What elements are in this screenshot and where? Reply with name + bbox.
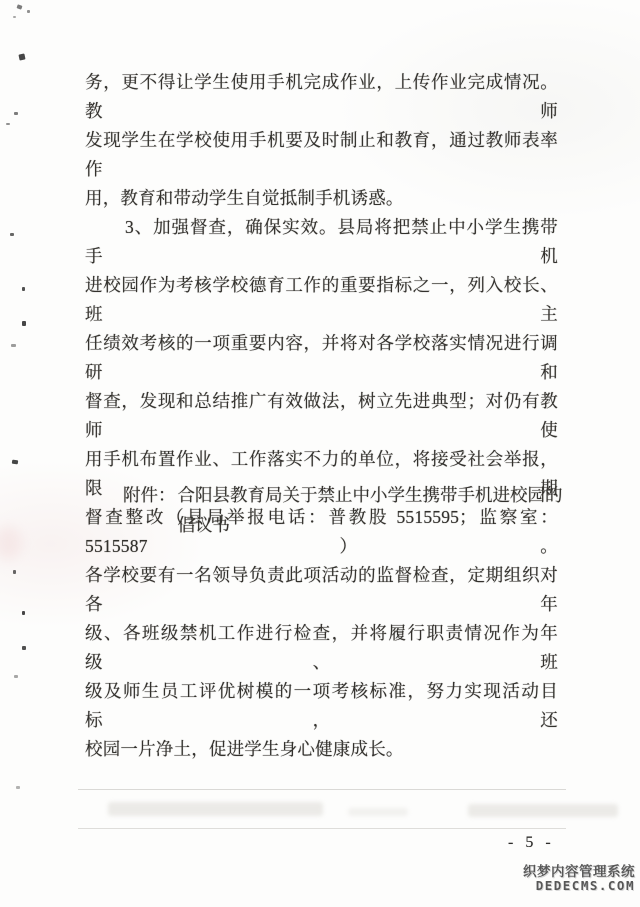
text-line: 务，更不得让学生使用手机完成作业，上传作业完成情况。教师 [85, 68, 558, 126]
body-text: 务，更不得让学生使用手机完成作业，上传作业完成情况。教师 发现学生在学校使用手机… [85, 68, 558, 764]
text-line: 3、加强督查，确保实效。县局将把禁止中小学生携带手机 [85, 213, 558, 271]
scanned-document-page: 务，更不得让学生使用手机完成作业，上传作业完成情况。教师 发现学生在学校使用手机… [0, 0, 640, 907]
text-line: 用，教育和带动学生自觉抵制手机诱惑。 [85, 184, 558, 213]
attachment-title-line2: 倡议书 [178, 515, 231, 535]
scan-speck [13, 570, 16, 574]
bleedthrough-ghost-band [78, 789, 566, 829]
scan-speck [18, 53, 25, 60]
attachment-title-line1: 合阳县教育局关于禁止中小学生携带手机进校园的 [178, 485, 563, 505]
scan-speck [22, 321, 26, 326]
ghost-smudge [348, 808, 408, 816]
ghost-smudge [468, 804, 618, 817]
text-line: 进校园作为考核学校德育工作的重要指标之一，列入校长、班主 [85, 271, 558, 329]
scan-speck [10, 233, 14, 236]
attachment-title: 合阳县教育局关于禁止中小学生携带手机进校园的 倡议书 [178, 480, 569, 540]
text-line: 督查，发现和总结推广有效做法，树立先进典型；对仍有教师使 [85, 387, 558, 445]
text-line: 级、各班级禁机工作进行检查，并将履行职责情况作为年级、班 [85, 619, 558, 677]
scan-speck [11, 344, 16, 347]
scan-speck [16, 4, 22, 9]
scan-speck [13, 16, 16, 18]
text-line: 校园一片净土，促进学生身心健康成长。 [85, 735, 558, 764]
scan-speck [14, 675, 18, 678]
cms-watermark: 织梦内容管理系统 DEDECMS.COM [485, 865, 635, 893]
scan-speck [27, 10, 30, 13]
scan-speck [22, 611, 25, 615]
scan-speck [22, 646, 26, 650]
ghost-smudge [108, 802, 323, 816]
text-line: 各学校要有一名领导负责此项活动的监督检查，定期组织对各年 [85, 561, 558, 619]
scan-speck [6, 123, 10, 125]
attachment-label: 附件： [123, 480, 176, 510]
text-line: 任绩效考核的一项重要内容，并将对各学校落实情况进行调研和 [85, 329, 558, 387]
text-line: 发现学生在学校使用手机要及时制止和教育，通过教师表率作 [85, 126, 558, 184]
page-number: - 5 - [508, 834, 555, 852]
watermark-domain-line: DEDECMS.COM [485, 879, 635, 893]
scan-speck [12, 460, 18, 465]
attachment-note: 附件： 合阳县教育局关于禁止中小学生携带手机进校园的 倡议书 [123, 480, 568, 540]
pink-scan-smudge [0, 526, 22, 560]
scan-speck [16, 786, 20, 789]
watermark-chinese-line: 织梦内容管理系统 [485, 865, 635, 879]
scan-speck [14, 112, 18, 115]
scan-speck [22, 287, 25, 291]
text-line: 级及师生员工评优树模的一项考核标准，努力实现活动目标，还 [85, 677, 558, 735]
